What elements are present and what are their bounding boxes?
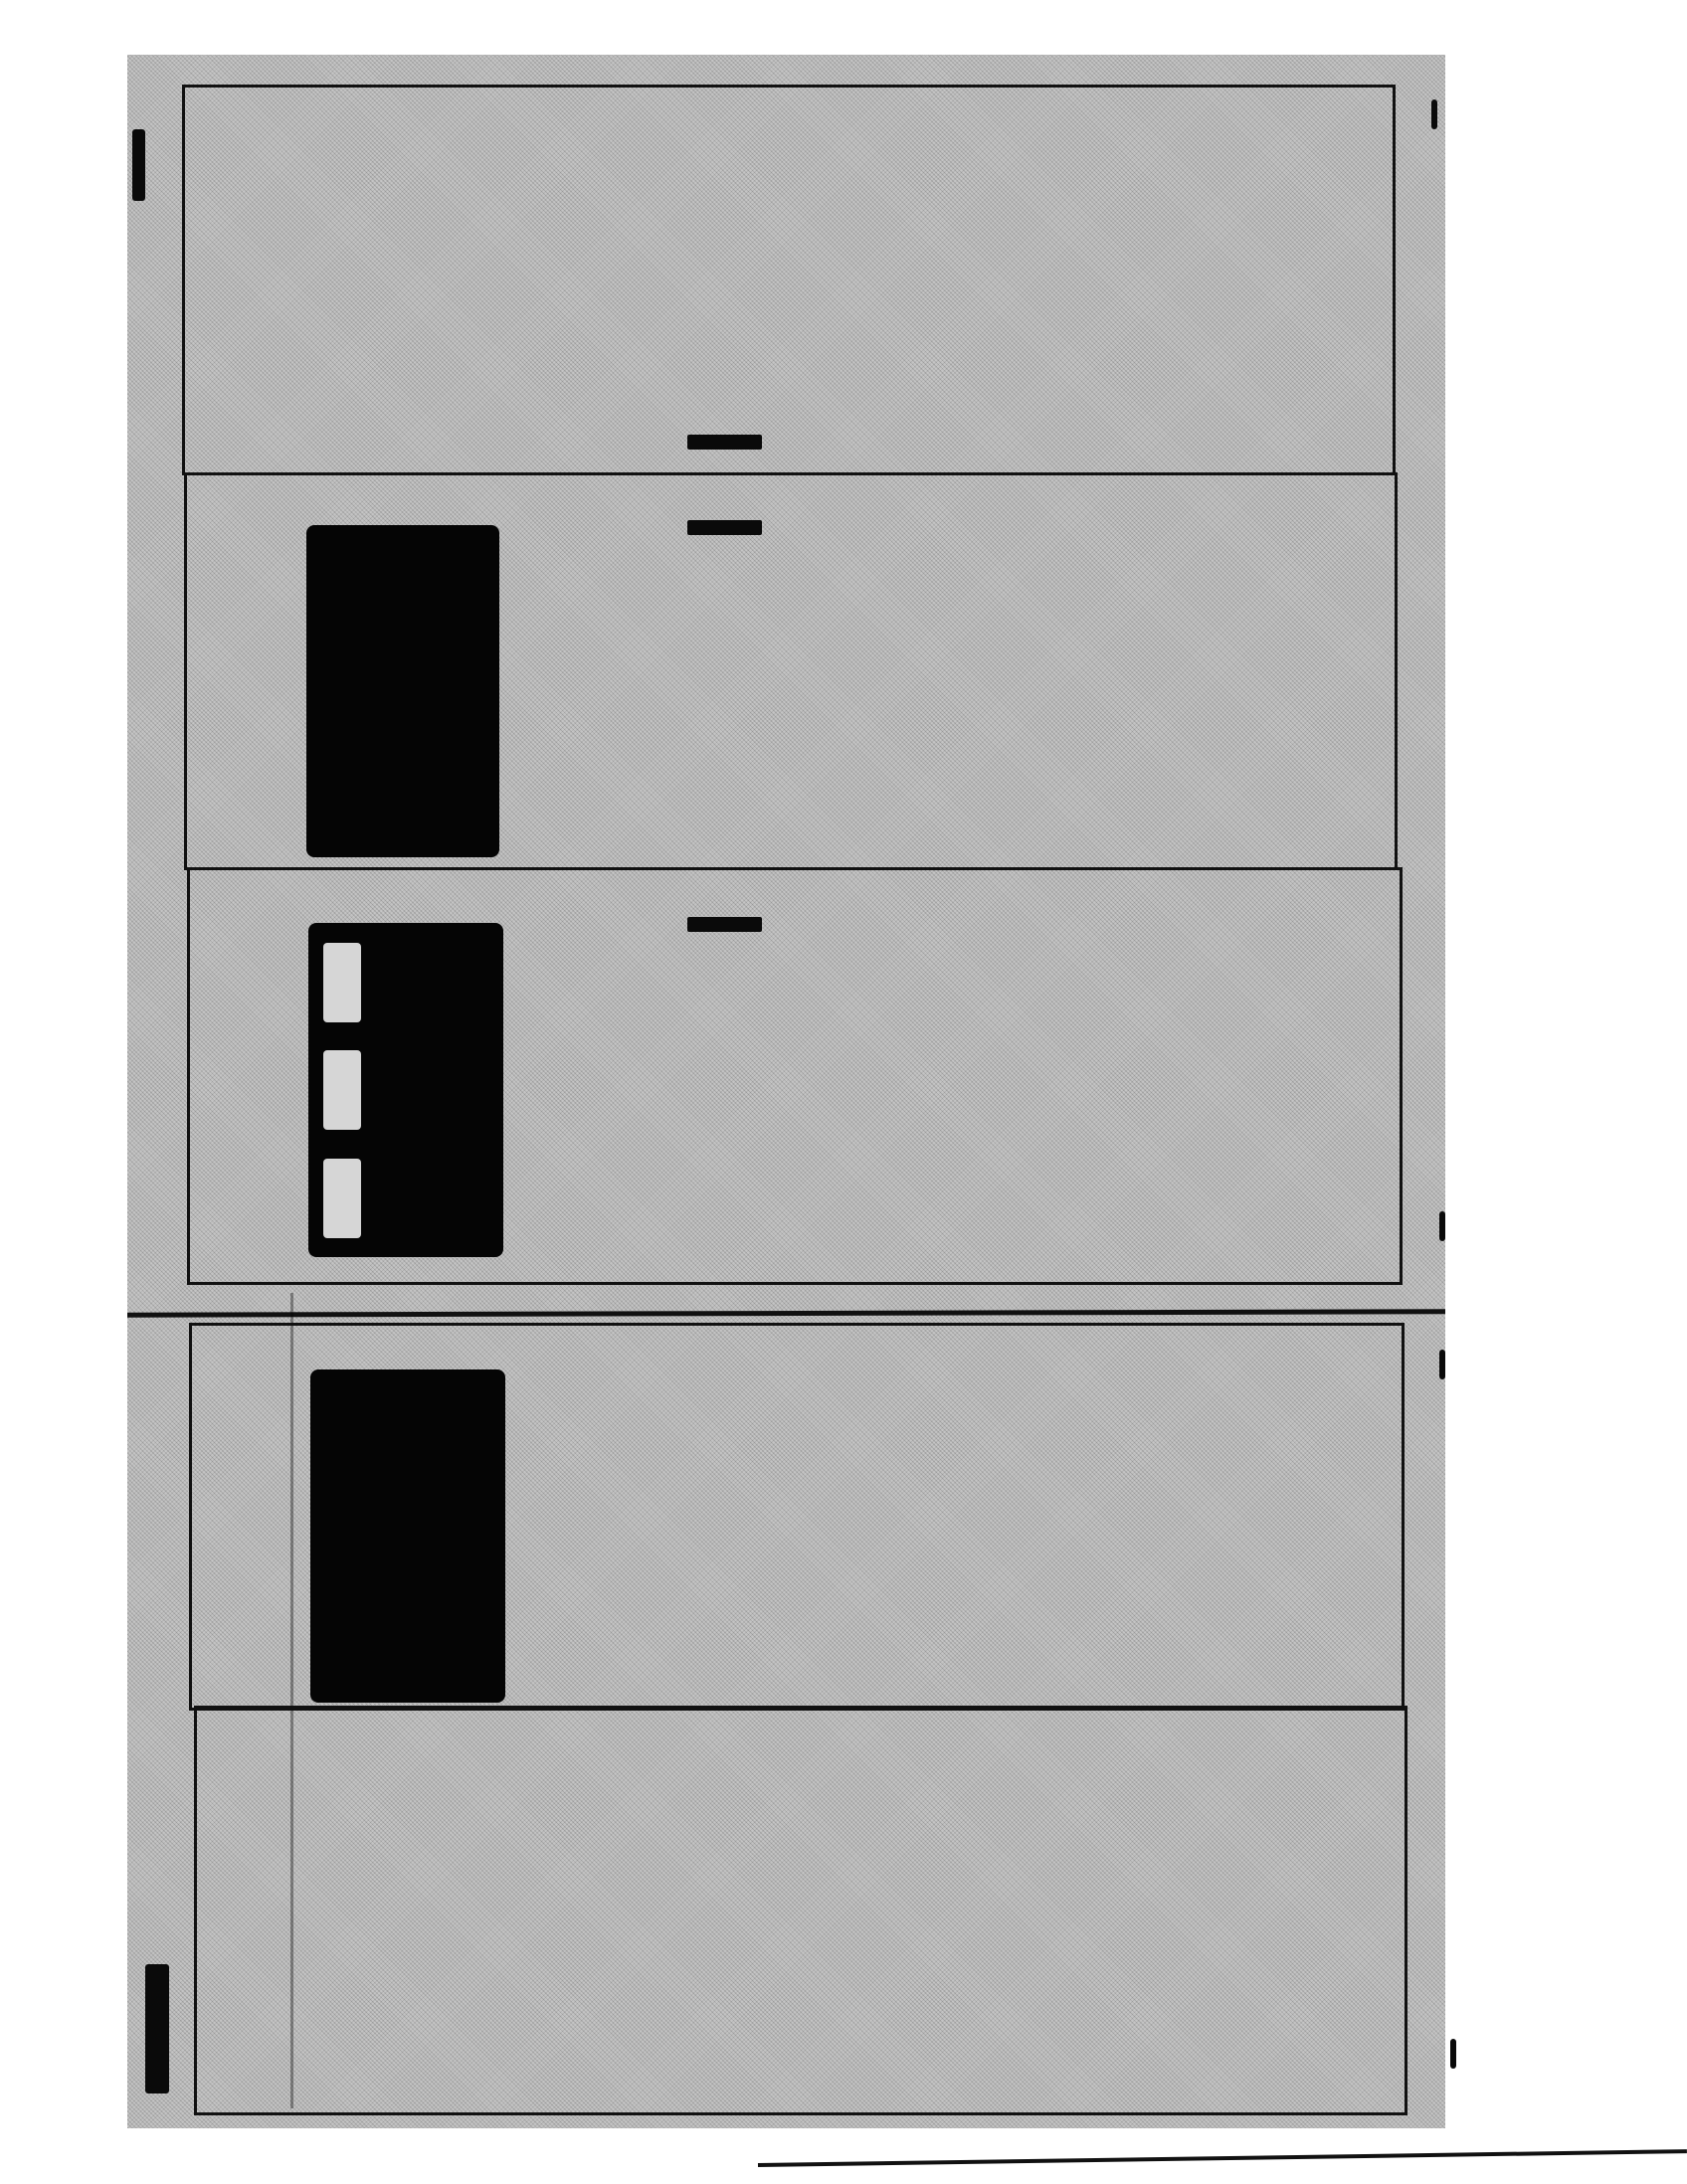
registration-mark-right-2 xyxy=(1439,1211,1445,1241)
registration-mark-right-1 xyxy=(1431,99,1437,129)
bottom-rule-line xyxy=(758,2149,1687,2167)
registration-mark-right-3 xyxy=(1439,1350,1445,1379)
registration-mark-left-top xyxy=(132,129,145,201)
panel-5 xyxy=(194,1706,1407,2115)
panel-3-dark-block xyxy=(308,923,503,1257)
panel-5-label xyxy=(197,1709,198,1710)
panel-3-label xyxy=(190,870,191,871)
registration-mark-right-4 xyxy=(1450,2039,1456,2069)
indicator-bar-3 xyxy=(687,917,762,932)
panel-1 xyxy=(182,85,1396,475)
document-title xyxy=(0,0,1,1)
panel-3-window-3 xyxy=(323,1159,361,1238)
panel-3-window-2 xyxy=(323,1050,361,1130)
indicator-bar-1 xyxy=(687,435,762,450)
panel-3-window-1 xyxy=(323,943,361,1022)
panel-2-label xyxy=(187,475,188,476)
panel-2-dark-block xyxy=(306,525,499,857)
indicator-bar-2 xyxy=(687,520,762,535)
panel-4-label xyxy=(192,1326,193,1327)
panel-1-label xyxy=(185,88,186,89)
panel-4-dark-block xyxy=(310,1369,505,1703)
registration-mark-left-bottom xyxy=(145,1964,169,2093)
